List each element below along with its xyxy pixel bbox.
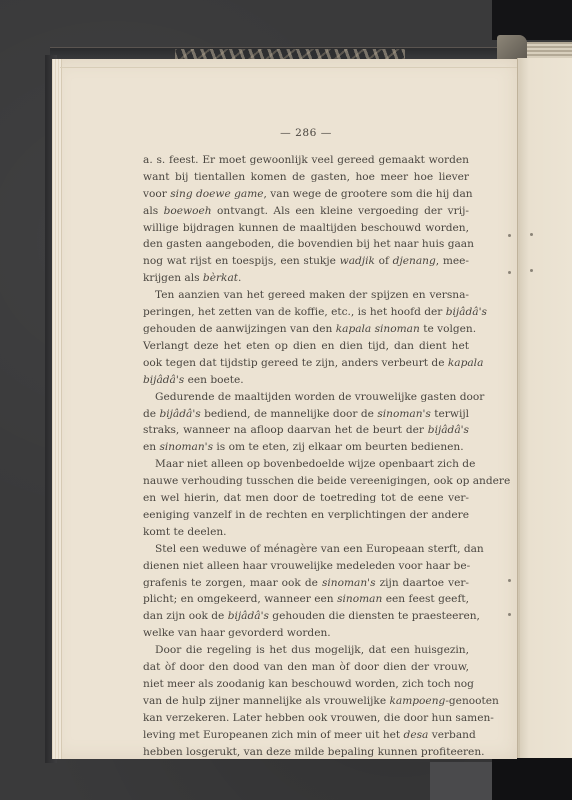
backdrop-dark-corner-bottom (492, 755, 572, 800)
text-segment: en (143, 441, 159, 453)
text-line: a. s. feest. Er moet gewoonlijk veel ger… (143, 152, 469, 169)
text-segment: . (238, 272, 241, 284)
text-segment: -genooten (445, 695, 499, 707)
text-segment: gehouden die diensten te praesteeren, (269, 610, 480, 622)
text-line: straks, wanneer na afloop daarvan het de… (143, 422, 469, 439)
text-segment: dan zijn ook de (143, 610, 228, 622)
page-text: — 286 — a. s. feest. Er moet gewoonlijk … (143, 125, 469, 761)
binding-hole (530, 233, 533, 236)
text-segment: niet meer als zoodanig kan beschouwd wor… (143, 678, 474, 690)
text-line: welke van haar gevorderd worden. (143, 625, 469, 642)
italic-term: desa (404, 729, 429, 741)
text-segment: want bij tientallen komen de gasten, hoe… (143, 171, 469, 183)
italic-term: sing doewe game (170, 188, 263, 200)
text-segment: Verlangt deze het eten op dien en dien t… (143, 340, 469, 352)
text-segment: als (143, 205, 164, 217)
text-segment: van de hulp zijner mannelijke als vrouwe… (143, 695, 389, 707)
italic-term: djenang (393, 255, 436, 267)
text-line: Maar niet alleen op bovenbedoelde wijze … (143, 456, 469, 473)
italic-term: bijâdâ's (143, 374, 184, 386)
text-line: komt te deelen. (143, 524, 469, 541)
text-segment: nauwe verhouding tusschen die beide vere… (143, 475, 510, 487)
text-segment: den gasten aangeboden, die bovendien bij… (143, 238, 474, 250)
text-segment: komt te deelen. (143, 526, 227, 538)
text-segment: Maar niet alleen op bovenbedoelde wijze … (155, 458, 475, 470)
text-segment: een boete. (184, 374, 243, 386)
italic-term: sinoman's (377, 408, 431, 420)
text-segment: willige bijdragen kunnen de maaltijden b… (143, 222, 469, 234)
binding-hole (530, 269, 533, 272)
text-line: grafenis te zorgen, maar ook de sinoman'… (143, 575, 469, 592)
marbled-cover-edge (175, 49, 405, 59)
text-line: dan zijn ook de bijâdâ's gehouden die di… (143, 608, 469, 625)
text-segment: Ten aanzien van het gereed maken der spi… (155, 289, 469, 301)
text-line: en wel hierin, dat men door de toetredin… (143, 490, 469, 507)
gutter (518, 58, 520, 758)
text-segment: bediend, de mannelijke door de (201, 408, 378, 420)
italic-term: bijâdâ's (428, 424, 469, 436)
text-line: nauwe verhouding tusschen die beide vere… (143, 473, 469, 490)
text-line: nog wat rijst en toespijs, een stukje wa… (143, 253, 469, 270)
italic-term: boewoeh (164, 205, 212, 217)
text-line: voor sing doewe game, van wege de groote… (143, 186, 469, 203)
text-line: plicht; en omgekeerd, wanneer een sinoma… (143, 591, 469, 608)
text-segment: krijgen als (143, 272, 203, 284)
binding-hole (508, 579, 511, 582)
italic-term: bèrkat (203, 272, 238, 284)
italic-term: kampoeng (389, 695, 445, 707)
text-segment: dienen niet alleen haar vrouwelijke mede… (143, 560, 470, 572)
backdrop-dark-corner (492, 0, 572, 40)
text-line: dat òf door den dood van den man òf door… (143, 659, 469, 676)
text-line: want bij tientallen komen de gasten, hoe… (143, 169, 469, 186)
text-segment: terwijl (431, 408, 469, 420)
text-line: Verlangt deze het eten op dien en dien t… (143, 338, 469, 355)
text-segment: , mee- (436, 255, 469, 267)
text-line: eeniging vanzelf in de rechten en verpli… (143, 507, 469, 524)
text-segment: straks, wanneer na afloop daarvan het de… (143, 424, 428, 436)
text-segment: , van wege de grootere som die hij dan (264, 188, 473, 200)
text-line: Door die regeling is het dus mogelijk, d… (143, 642, 469, 659)
text-segment: dat òf door den dood van den man òf door… (143, 661, 469, 673)
italic-term: sinoman's (159, 441, 213, 453)
italic-term: bijâdâ's (159, 408, 200, 420)
text-segment: nog wat rijst en toespijs, een stukje (143, 255, 340, 267)
text-lines: a. s. feest. Er moet gewoonlijk veel ger… (143, 152, 469, 761)
text-segment: Stel een weduwe of ménagère van een Euro… (155, 543, 484, 555)
text-segment: hebben losgerukt, van deze milde bepalin… (143, 746, 485, 758)
text-line: gehouden de aanwijzingen van den kapala … (143, 321, 469, 338)
text-segment: ontvangt. Als een kleine vergoeding der … (212, 205, 469, 217)
text-segment: grafenis te zorgen, maar ook de (143, 577, 322, 589)
text-segment: voor (143, 188, 170, 200)
binding-hole (508, 271, 511, 274)
text-line: leving met Europeanen zich min of meer u… (143, 727, 469, 744)
right-page-stack-edge (520, 42, 572, 58)
text-segment: gehouden de aanwijzingen van den (143, 323, 336, 335)
text-line: van de hulp zijner mannelijke als vrouwe… (143, 693, 469, 710)
text-line: als boewoeh ontvangt. Als een kleine ver… (143, 203, 469, 220)
text-line: de bijâdâ's bediend, de mannelijke door … (143, 406, 469, 423)
facing-page (517, 58, 572, 758)
italic-term: kapala sinoman (336, 323, 420, 335)
text-line: den gasten aangeboden, die bovendien bij… (143, 236, 469, 253)
italic-term: bijâdâ's (446, 306, 487, 318)
text-line: hebben losgerukt, van deze milde bepalin… (143, 744, 469, 761)
text-segment: een feest geeft, (382, 593, 469, 605)
text-line: Gedurende de maaltijden worden de vrouwe… (143, 389, 469, 406)
text-segment: de (143, 408, 159, 420)
text-line: willige bijdragen kunnen de maaltijden b… (143, 220, 469, 237)
text-segment: Gedurende de maaltijden worden de vrouwe… (155, 391, 484, 403)
text-segment: leving met Europeanen zich min of meer u… (143, 729, 404, 741)
text-segment: te volgen. (420, 323, 476, 335)
backdrop-board (430, 762, 492, 800)
text-segment: zijn daartoe ver- (376, 577, 469, 589)
italic-term: bijâdâ's (228, 610, 269, 622)
text-segment: of (375, 255, 393, 267)
italic-term: kapala (448, 357, 484, 369)
text-line: peringen, het zetten van de koffie, etc.… (143, 304, 469, 321)
text-segment: ook tegen dat tijdstip gereed te zijn, a… (143, 357, 448, 369)
text-segment: plicht; en omgekeerd, wanneer een (143, 593, 337, 605)
text-line: ook tegen dat tijdstip gereed te zijn, a… (143, 355, 469, 372)
text-segment: eeniging vanzelf in de rechten en verpli… (143, 509, 469, 521)
text-line: Stel een weduwe of ménagère van een Euro… (143, 541, 469, 558)
text-line: bijâdâ's een boete. (143, 372, 469, 389)
text-segment: en wel hierin, dat men door de toetredin… (143, 492, 469, 504)
page-number: — 286 — (143, 125, 469, 142)
text-segment: a. s. feest. Er moet gewoonlijk veel ger… (143, 154, 469, 166)
text-line: niet meer als zoodanig kan beschouwd wor… (143, 676, 469, 693)
page-top-line (60, 67, 517, 68)
text-segment: is om te eten, zij elkaar om beurten bed… (213, 441, 464, 453)
text-segment: peringen, het zetten van de koffie, etc.… (143, 306, 446, 318)
italic-term: sinoman's (322, 577, 376, 589)
binding-hole (508, 613, 511, 616)
text-line: dienen niet alleen haar vrouwelijke mede… (143, 558, 469, 575)
italic-term: wadjik (340, 255, 375, 267)
text-line: Ten aanzien van het gereed maken der spi… (143, 287, 469, 304)
binding-hole (508, 234, 511, 237)
text-line: krijgen als bèrkat. (143, 270, 469, 287)
text-segment: kan verzekeren. Later hebben ook vrouwen… (143, 712, 494, 724)
page-stack-edge (52, 59, 62, 759)
text-line: kan verzekeren. Later hebben ook vrouwen… (143, 710, 469, 727)
text-line: en sinoman's is om te eten, zij elkaar o… (143, 439, 469, 456)
text-segment: Door die regeling is het dus mogelijk, d… (155, 644, 469, 656)
text-segment: welke van haar gevorderd worden. (143, 627, 331, 639)
text-segment: verband (428, 729, 475, 741)
italic-term: sinoman (337, 593, 382, 605)
